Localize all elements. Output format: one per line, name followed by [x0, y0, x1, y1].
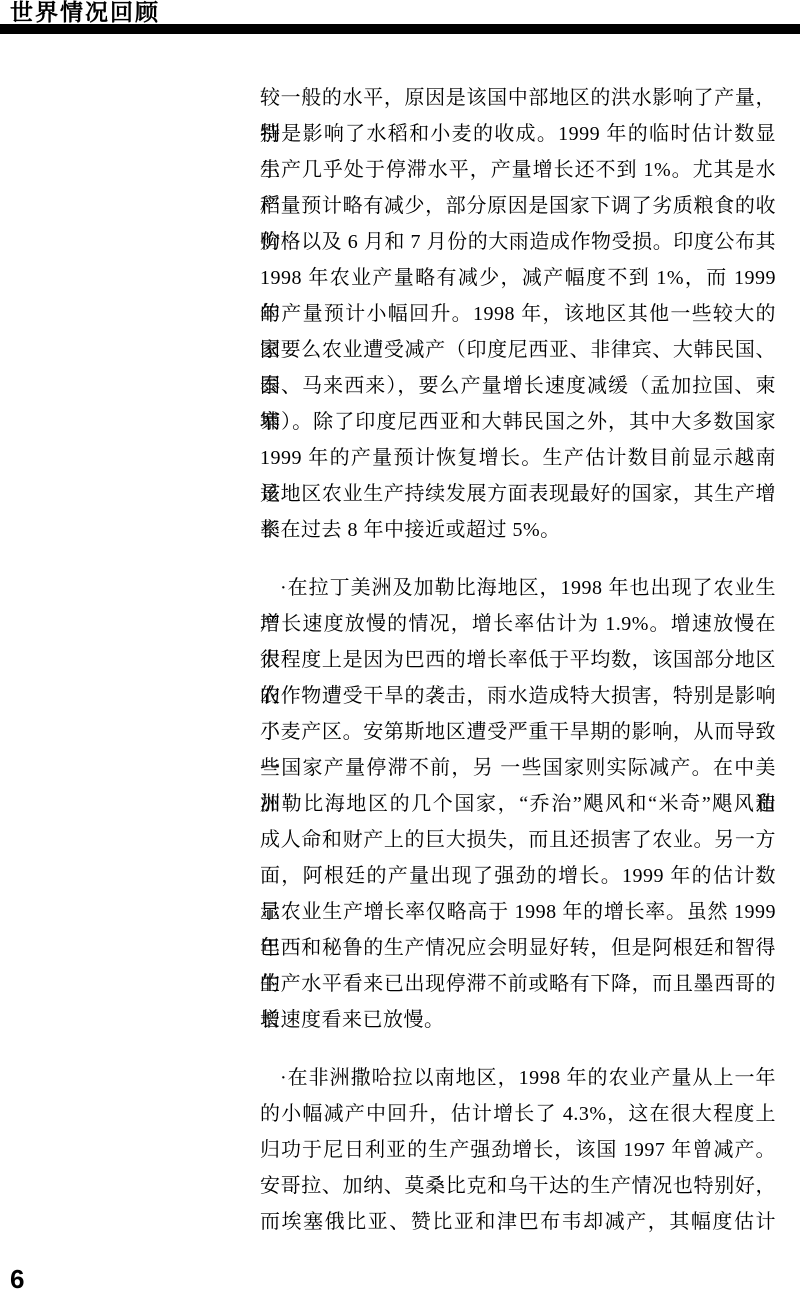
text-line: 1999 年的产量预计恢复增长。生产估计数目前显示越南是 [260, 440, 776, 476]
text-line: 面，阿根廷的产量出现了强劲的增长。1999 年的估计数显 [260, 858, 776, 894]
text-line: 归功于尼日利亚的生产强劲增长，该国 1997 年曾减产。 [260, 1132, 776, 1168]
header-rule [0, 24, 800, 34]
text-line: 率在过去 8 年中接近或超过 5%。 [260, 512, 776, 548]
text-line: 加勒比海地区的几个国家，“乔治”飓风和“米奇”飓风造 [260, 786, 776, 822]
paragraph-latin-america-caribbean: ·在拉丁美洲及加勒比海地区，1998 年也出现了农业生产增长速度放慢的情况，增长… [260, 570, 776, 1038]
text-line: 农作物遭受干旱的袭击，雨水造成特大损害，特别是影响了 [260, 678, 776, 714]
paragraph-asia-continuation: 较一般的水平，原因是该国中部地区的洪水影响了产量，特别是影响了水稻和小麦的收成。… [260, 80, 776, 548]
text-line: 巴西和秘鲁的生产情况应会明显好转，但是阿根廷和智得的 [260, 930, 776, 966]
text-line: 别是影响了水稻和小麦的收成。1999 年的临时估计数显示 [260, 116, 776, 152]
text-line: 生产几乎处于停滞水平，产量增长还不到 1%。尤其是水稻 [260, 152, 776, 188]
body-text: 较一般的水平，原因是该国中部地区的洪水影响了产量，特别是影响了水稻和小麦的收成。… [260, 80, 776, 1262]
text-line: 该地区农业生产持续发展方面表现最好的国家，其生产增长 [260, 476, 776, 512]
paragraph-sub-saharan-africa: ·在非洲撒哈拉以南地区，1998 年的农业产量从上一年的小幅减产中回升，估计增长… [260, 1060, 776, 1240]
text-line: 寨）。除了印度尼西亚和大韩民国之外，其中大多数国家 [260, 404, 776, 440]
text-line: 的产量预计小幅回升。1998 年，该地区其他一些较大的国 [260, 296, 776, 332]
text-line: 长速度看来已放慢。 [260, 1002, 776, 1038]
text-line: 些国家产量停滞不前，另 一些国家则实际减产。在中美洲和 [260, 750, 776, 786]
text-line: 生产水平看来已出现停滞不前或略有下降，而且墨西哥的增 [260, 966, 776, 1002]
text-line: 安哥拉、加纳、莫桑比克和乌干达的生产情况也特别好， [260, 1168, 776, 1204]
text-line: 较一般的水平，原因是该国中部地区的洪水影响了产量，特 [260, 80, 776, 116]
text-line: 增长速度放慢的情况，增长率估计为 1.9%。增速放慢在很 [260, 606, 776, 642]
page-number: 6 [10, 1264, 24, 1294]
document-page: 世界情况回顾 较一般的水平，原因是该国中部地区的洪水影响了产量，特别是影响了水稻… [0, 0, 800, 1303]
text-line: ·在非洲撒哈拉以南地区，1998 年的农业产量从上一年 [260, 1060, 776, 1096]
page-header-title: 世界情况回顾 [10, 0, 160, 25]
text-line: 国、马来西来），要么产量增长速度减缓（孟加拉国、柬埔 [260, 368, 776, 404]
text-line: 小麦产区。安第斯地区遭受严重干旱期的影响，从而导致一 [260, 714, 776, 750]
text-line: 成人命和财产上的巨大损失，而且还损害了农业。另一方 [260, 822, 776, 858]
text-line: 的小幅减产中回升，估计增长了 4.3%，这在很大程度上 [260, 1096, 776, 1132]
text-line: 大程度上是因为巴西的增长率低于平均数，该国部分地区的 [260, 642, 776, 678]
text-line: ·在拉丁美洲及加勒比海地区，1998 年也出现了农业生产 [260, 570, 776, 606]
text-line: 示农业生产增长率仅略高于 1998 年的增长率。虽然 1999 年 [260, 894, 776, 930]
text-line: 家要么农业遭受减产（印度尼西亚、非律宾、大韩民国、泰 [260, 332, 776, 368]
text-line: 产量预计略有减少，部分原因是国家下调了劣质粮食的收购 [260, 188, 776, 224]
text-line: 1998 年农业产量略有减少，减产幅度不到 1%，而 1999 年 [260, 260, 776, 296]
text-line: 价格以及 6 月和 7 月份的大雨造成作物受损。印度公布其 [260, 224, 776, 260]
text-line: 而埃塞俄比亚、赞比亚和津巴布韦却减产，其幅度估计 [260, 1204, 776, 1240]
